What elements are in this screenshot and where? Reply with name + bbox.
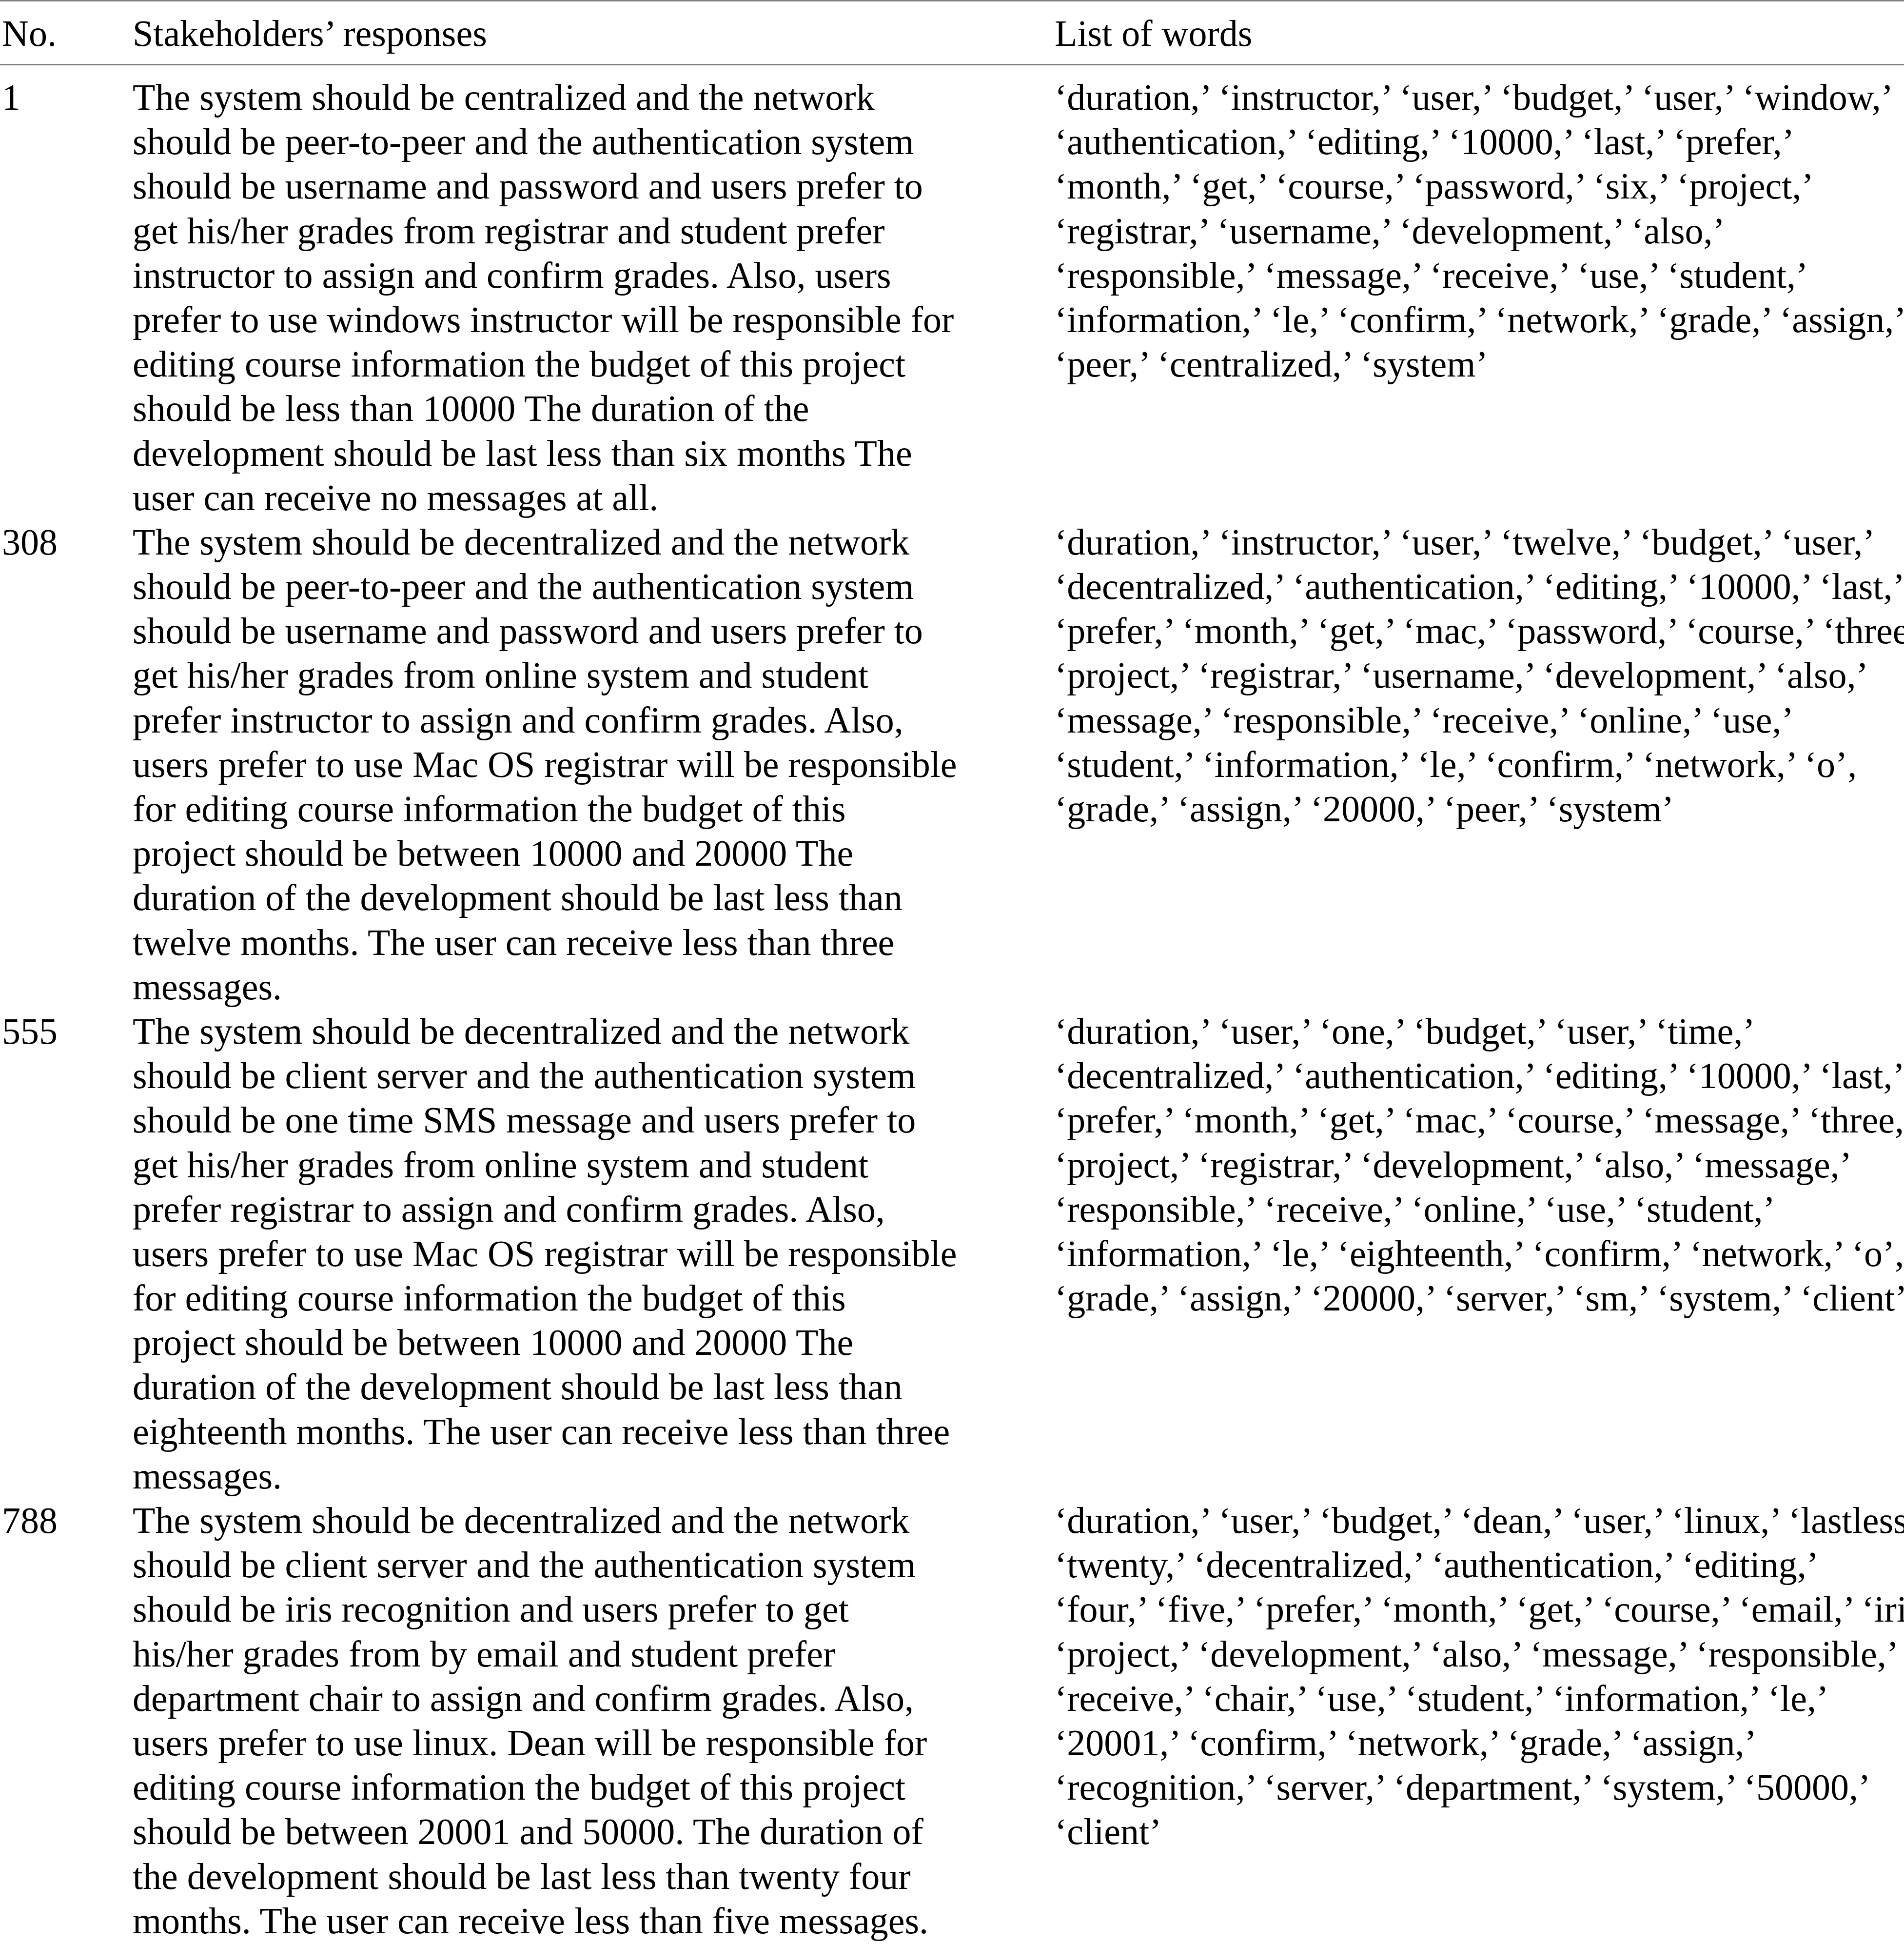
response-line: get his/her grades from registrar and st… (133, 209, 1040, 254)
response-line: users prefer to use linux. Dean will be … (133, 1721, 1040, 1765)
word-list-line: ‘duration,’ ‘user,’ ‘one,’ ‘budget,’ ‘us… (1055, 1010, 1904, 1054)
word-list-line: ‘registrar,’ ‘username,’ ‘development,’ … (1055, 209, 1904, 254)
response-line: twelve months. The user can receive less… (133, 921, 1040, 965)
word-list-line: ‘project,’ ‘registrar,’ ‘username,’ ‘dev… (1055, 654, 1904, 698)
word-list-line: ‘responsible,’ ‘message,’ ‘receive,’ ‘us… (1055, 254, 1904, 298)
response-line: should be username and password and user… (133, 164, 1040, 209)
stakeholder-response: The system should be centralized and the… (133, 76, 1040, 520)
word-list: ‘duration,’ ‘instructor,’ ‘user,’ ‘budge… (1055, 76, 1904, 387)
response-line: for editing course information the budge… (133, 787, 1040, 832)
word-list-line: ‘prefer,’ ‘month,’ ‘get,’ ‘mac,’ ‘course… (1055, 1098, 1904, 1143)
response-line: user can receive no messages at all. (133, 476, 1040, 520)
response-line: months. The user can receive less than f… (133, 1899, 1040, 1944)
word-list-line: ‘peer,’ ‘centralized,’ ‘system’ (1055, 342, 1904, 387)
response-line: users prefer to use Mac OS registrar wil… (133, 1232, 1040, 1276)
word-list-line: ‘responsible,’ ‘receive,’ ‘online,’ ‘use… (1055, 1188, 1904, 1232)
header-stakeholders-responses: Stakeholders’ responses (133, 11, 487, 56)
response-line: should be client server and the authenti… (133, 1054, 1040, 1098)
response-line: project should be between 10000 and 2000… (133, 1321, 1040, 1365)
response-line: instructor to assign and confirm grades.… (133, 254, 1040, 298)
response-line: for editing course information the budge… (133, 1276, 1040, 1321)
response-line: duration of the development should be la… (133, 1365, 1040, 1409)
response-line: his/her grades from by email and student… (133, 1632, 1040, 1677)
row-number: 1 (2, 76, 20, 120)
response-line: should be one time SMS message and users… (133, 1098, 1040, 1143)
word-list-line: ‘information,’ ‘le,’ ‘confirm,’ ‘network… (1055, 298, 1904, 342)
word-list-line: ‘receive,’ ‘chair,’ ‘use,’ ‘student,’ ‘i… (1055, 1677, 1904, 1721)
word-list-line: ‘twenty,’ ‘decentralized,’ ‘authenticati… (1055, 1543, 1904, 1587)
table-row: 555 The system should be decentralized a… (0, 1010, 1904, 1499)
response-line: development should be last less than six… (133, 432, 1040, 476)
response-line: The system should be decentralized and t… (133, 1010, 1040, 1054)
response-line: should be peer-to-peer and the authentic… (133, 565, 1040, 609)
row-number: 308 (2, 520, 58, 565)
table-body: 1 The system should be centralized and t… (0, 76, 1904, 1944)
word-list: ‘duration,’ ‘user,’ ‘budget,’ ‘dean,’ ‘u… (1055, 1499, 1904, 1855)
word-list: ‘duration,’ ‘instructor,’ ‘user,’ ‘twelv… (1055, 520, 1904, 832)
word-list-line: ‘information,’ ‘le,’ ‘eighteenth,’ ‘conf… (1055, 1232, 1904, 1276)
response-line: eighteenth months. The user can receive … (133, 1410, 1040, 1454)
response-line: project should be between 10000 and 2000… (133, 832, 1040, 876)
row-number: 555 (2, 1010, 58, 1054)
word-list-line: ‘project,’ ‘development,’ ‘also,’ ‘messa… (1055, 1632, 1904, 1677)
stakeholder-response: The system should be decentralized and t… (133, 1010, 1040, 1499)
word-list-line: ‘duration,’ ‘instructor,’ ‘user,’ ‘twelv… (1055, 520, 1904, 565)
word-list-line: ‘message,’ ‘responsible,’ ‘receive,’ ‘on… (1055, 698, 1904, 743)
response-line: the development should be last less than… (133, 1855, 1040, 1899)
response-line: should be less than 10000 The duration o… (133, 387, 1040, 431)
word-list-line: ‘decentralized,’ ‘authentication,’ ‘edit… (1055, 565, 1904, 609)
word-list-line: ‘four,’ ‘five,’ ‘prefer,’ ‘month,’ ‘get,… (1055, 1587, 1904, 1632)
response-line: The system should be decentralized and t… (133, 1499, 1040, 1543)
table-row: 788 The system should be decentralized a… (0, 1499, 1904, 1944)
word-list-line: ‘student,’ ‘information,’ ‘le,’ ‘confirm… (1055, 743, 1904, 787)
word-list-line: ‘prefer,’ ‘month,’ ‘get,’ ‘mac,’ ‘passwo… (1055, 609, 1904, 654)
response-line: duration of the development should be la… (133, 876, 1040, 920)
response-line: should be username and password and user… (133, 609, 1040, 654)
word-list-line: ‘decentralized,’ ‘authentication,’ ‘edit… (1055, 1054, 1904, 1098)
response-line: messages. (133, 1454, 1040, 1499)
header-no: No. (2, 11, 57, 56)
response-line: should be iris recognition and users pre… (133, 1587, 1040, 1632)
stakeholder-response: The system should be decentralized and t… (133, 1499, 1040, 1944)
word-list-line: ‘month,’ ‘get,’ ‘course,’ ‘password,’ ‘s… (1055, 164, 1904, 209)
row-number: 788 (2, 1499, 58, 1543)
word-list-line: ‘authentication,’ ‘editing,’ ‘10000,’ ‘l… (1055, 120, 1904, 164)
word-list-line: ‘recognition,’ ‘server,’ ‘department,’ ‘… (1055, 1765, 1904, 1810)
response-line: editing course information the budget of… (133, 342, 1040, 387)
word-list-line: ‘duration,’ ‘user,’ ‘budget,’ ‘dean,’ ‘u… (1055, 1499, 1904, 1543)
response-line: should be peer-to-peer and the authentic… (133, 120, 1040, 164)
response-line: get his/her grades from online system an… (133, 654, 1040, 698)
table-row: 308 The system should be decentralized a… (0, 520, 1904, 1010)
response-line: users prefer to use Mac OS registrar wil… (133, 743, 1040, 787)
table-row: 1 The system should be centralized and t… (0, 76, 1904, 520)
response-line: editing course information the budget of… (133, 1765, 1040, 1810)
header-list-of-words: List of words (1055, 11, 1252, 56)
response-line: prefer instructor to assign and confirm … (133, 698, 1040, 743)
word-list-line: ‘grade,’ ‘assign,’ ‘20000,’ ‘peer,’ ‘sys… (1055, 787, 1904, 832)
word-list-line: ‘duration,’ ‘instructor,’ ‘user,’ ‘budge… (1055, 76, 1904, 120)
response-line: prefer registrar to assign and confirm g… (133, 1188, 1040, 1232)
stakeholder-response: The system should be decentralized and t… (133, 520, 1040, 1010)
response-line: prefer to use windows instructor will be… (133, 298, 1040, 342)
response-line: The system should be centralized and the… (133, 76, 1040, 120)
response-line: should be client server and the authenti… (133, 1543, 1040, 1587)
word-list-line: ‘project,’ ‘registrar,’ ‘development,’ ‘… (1055, 1143, 1904, 1188)
word-list-line: ‘client’ (1055, 1810, 1904, 1854)
table-header-rule (0, 64, 1904, 65)
word-list-line: ‘20001,’ ‘confirm,’ ‘network,’ ‘grade,’ … (1055, 1721, 1904, 1765)
response-line: messages. (133, 965, 1040, 1010)
word-list: ‘duration,’ ‘user,’ ‘one,’ ‘budget,’ ‘us… (1055, 1010, 1904, 1321)
response-line: department chair to assign and confirm g… (133, 1677, 1040, 1721)
response-line: The system should be decentralized and t… (133, 520, 1040, 565)
response-line: get his/her grades from online system an… (133, 1143, 1040, 1188)
response-line: should be between 20001 and 50000. The d… (133, 1810, 1040, 1854)
word-list-line: ‘grade,’ ‘assign,’ ‘20000,’ ‘server,’ ‘s… (1055, 1276, 1904, 1321)
table-top-rule (0, 0, 1904, 1)
table-header-row: No. Stakeholders’ responses List of word… (0, 11, 1904, 56)
